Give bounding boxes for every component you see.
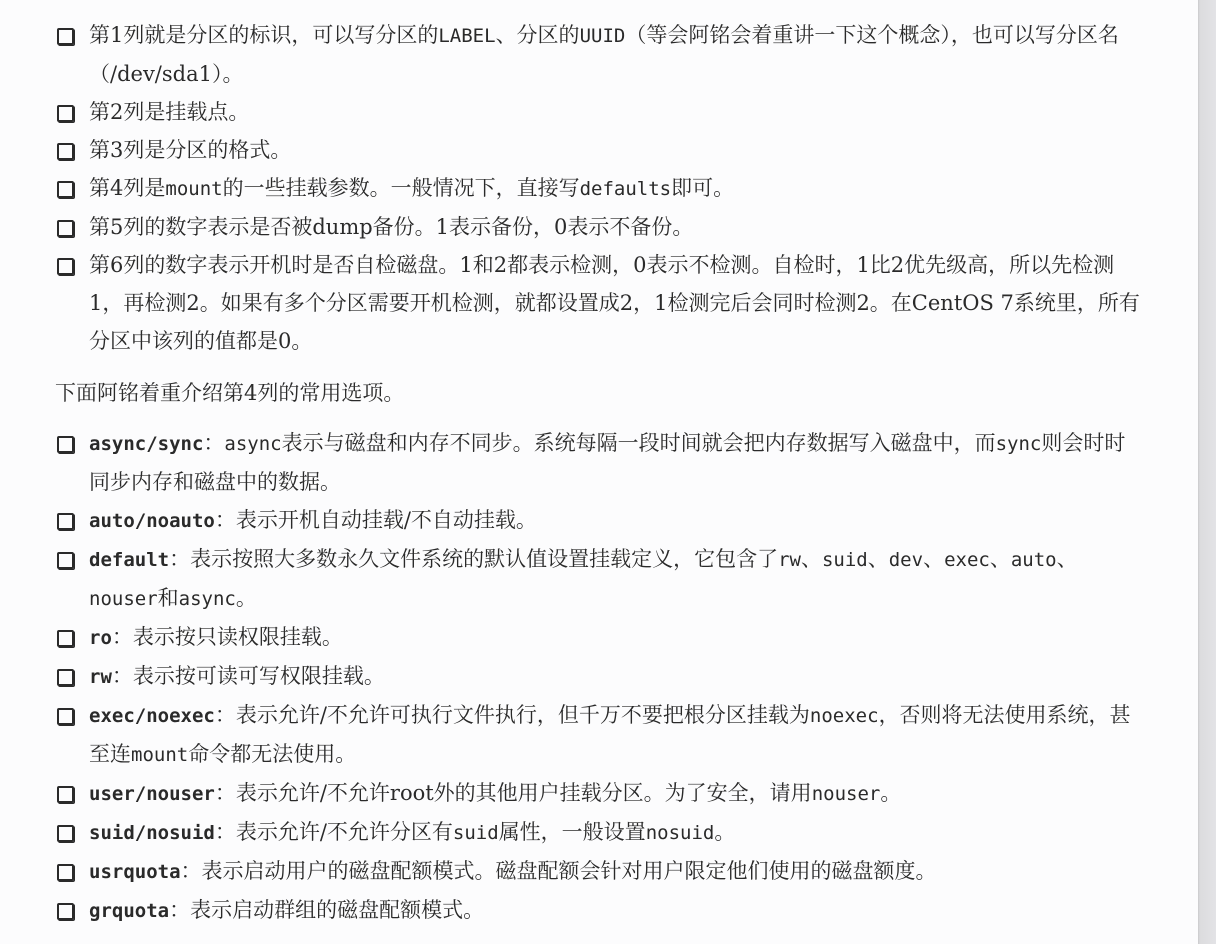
checkbox-bullet-icon <box>57 669 74 686</box>
option-key: ro <box>89 627 112 649</box>
option-separator: ： <box>215 781 236 805</box>
checkbox-bullet-icon <box>57 105 74 122</box>
body-text: 命令都无法使用。 <box>188 742 356 766</box>
body-text: 第4列是 <box>89 176 165 200</box>
checkbox-bullet-icon <box>57 630 74 647</box>
intro-paragraph: 下面阿铭着重介绍第4列的常用选项。 <box>55 374 1145 412</box>
body-text: 表示按只读权限挂载。 <box>133 625 343 649</box>
body-text: 表示启动用户的磁盘配额模式。磁盘配额会针对用户限定他们使用的磁盘额度。 <box>202 859 937 883</box>
option-separator: ： <box>112 625 133 649</box>
body-text: 第3列是分区的格式。 <box>89 138 291 162</box>
option-item: rw：表示按可读可写权限挂载。 <box>55 657 1145 696</box>
body-text: 表示允许/不允许分区有 <box>236 820 453 844</box>
code-text: mount <box>131 744 188 766</box>
code-text: defaults <box>580 178 672 200</box>
list-item: 第6列的数字表示开机时是否自检磁盘。1和2都表示检测，0表示不检测。自检时，1比… <box>55 246 1145 360</box>
body-text: 表示允许/不允许可执行文件执行，但千万不要把根分区挂载为 <box>236 703 810 727</box>
checkbox-bullet-icon <box>57 903 74 920</box>
option-key: grquota <box>89 900 169 922</box>
body-text: 。 <box>714 820 735 844</box>
option-separator: ： <box>203 431 224 455</box>
code-text: exec <box>944 549 990 571</box>
code-text: async <box>179 588 236 610</box>
option-item: exec/noexec：表示允许/不允许可执行文件执行，但千万不要把根分区挂载为… <box>55 696 1145 774</box>
checkbox-bullet-icon <box>57 436 74 453</box>
body-text: 第2列是挂载点。 <box>89 100 249 124</box>
body-text: 。 <box>236 586 257 610</box>
code-text: auto <box>1011 549 1057 571</box>
code-text: nosuid <box>646 822 715 844</box>
body-text: 属性，一般设置 <box>499 820 646 844</box>
code-text: nouser <box>89 588 158 610</box>
checkbox-bullet-icon <box>57 552 74 569</box>
body-text: 表示按可读可写权限挂载。 <box>133 664 385 688</box>
checkbox-bullet-icon <box>57 708 74 725</box>
page-edge-scrollbar[interactable] <box>1198 0 1216 944</box>
option-item: grquota：表示启动群组的磁盘配额模式。 <box>55 891 1145 930</box>
document-page: 第1列就是分区的标识，可以写分区的LABEL、分区的UUID（等会阿铭会着重讲一… <box>0 0 1198 944</box>
checkbox-bullet-icon <box>57 513 74 530</box>
option-key: usrquota <box>89 861 181 883</box>
list-item: 第5列的数字表示是否被dump备份。1表示备份，0表示不备份。 <box>55 208 1145 246</box>
body-text: 表示开机自动挂载/不自动挂载。 <box>236 508 537 532</box>
code-text: async <box>224 433 281 455</box>
option-key: auto/noauto <box>89 510 215 532</box>
checkbox-bullet-icon <box>57 825 74 842</box>
checkbox-bullet-icon <box>57 258 74 275</box>
option-separator: ： <box>215 703 236 727</box>
option-item: usrquota：表示启动用户的磁盘配额模式。磁盘配额会针对用户限定他们使用的磁… <box>55 852 1145 891</box>
body-text: 、 <box>923 547 944 571</box>
code-text: mount <box>165 178 222 200</box>
code-text: LABEL <box>438 25 495 47</box>
code-text: dev <box>889 549 923 571</box>
option-key: user/nouser <box>89 783 215 805</box>
code-text: sync <box>996 433 1042 455</box>
checkbox-bullet-icon <box>57 28 74 45</box>
checkbox-bullet-icon <box>57 864 74 881</box>
option-key: default <box>89 549 169 571</box>
body-text: 第6列的数字表示开机时是否自检磁盘。1和2都表示检测，0表示不检测。自检时，1比… <box>89 253 1140 353</box>
option-key: suid/nosuid <box>89 822 215 844</box>
code-text: suid <box>453 822 499 844</box>
list-item: 第3列是分区的格式。 <box>55 131 1145 169</box>
code-text: noexec <box>810 705 879 727</box>
option-item: default：表示按照大多数永久文件系统的默认值设置挂载定义，它包含了rw、s… <box>55 540 1145 618</box>
list-item: 第1列就是分区的标识，可以写分区的LABEL、分区的UUID（等会阿铭会着重讲一… <box>55 16 1145 93</box>
body-text: 表示启动群组的磁盘配额模式。 <box>190 898 484 922</box>
option-key: async/sync <box>89 433 203 455</box>
body-text: 第1列就是分区的标识，可以写分区的 <box>89 23 438 47</box>
body-text: 即可。 <box>671 176 734 200</box>
body-text: 。 <box>880 781 901 805</box>
option-item: auto/noauto：表示开机自动挂载/不自动挂载。 <box>55 501 1145 540</box>
option-item: ro：表示按只读权限挂载。 <box>55 618 1145 657</box>
code-text: rw <box>778 549 801 571</box>
option-separator: ： <box>215 508 236 532</box>
code-text: UUID <box>580 25 626 47</box>
fstab-columns-list: 第1列就是分区的标识，可以写分区的LABEL、分区的UUID（等会阿铭会着重讲一… <box>55 16 1145 360</box>
option-separator: ： <box>112 664 133 688</box>
page-content: 第1列就是分区的标识，可以写分区的LABEL、分区的UUID（等会阿铭会着重讲一… <box>55 16 1145 930</box>
list-item: 第2列是挂载点。 <box>55 93 1145 131</box>
option-item: suid/nosuid：表示允许/不允许分区有suid属性，一般设置nosuid… <box>55 813 1145 852</box>
mount-options-list: async/sync：async表示与磁盘和内存不同步。系统每隔一段时间就会把内… <box>55 424 1145 930</box>
code-text: nouser <box>812 783 881 805</box>
body-text: 、 <box>990 547 1011 571</box>
option-key: rw <box>89 666 112 688</box>
body-text: 表示允许/不允许root外的其他用户挂载分区。为了安全，请用 <box>236 781 812 805</box>
option-separator: ： <box>181 859 202 883</box>
body-text: 和 <box>158 586 179 610</box>
body-text: 、 <box>801 547 822 571</box>
body-text: 表示与磁盘和内存不同步。系统每隔一段时间就会把内存数据写入磁盘中，而 <box>282 431 996 455</box>
checkbox-bullet-icon <box>57 181 74 198</box>
body-text: 表示按照大多数永久文件系统的默认值设置挂载定义，它包含了 <box>190 547 778 571</box>
option-key: exec/noexec <box>89 705 215 727</box>
option-separator: ： <box>169 547 190 571</box>
list-item: 第4列是mount的一些挂载参数。一般情况下，直接写defaults即可。 <box>55 169 1145 208</box>
checkbox-bullet-icon <box>57 143 74 160</box>
code-text: suid <box>822 549 868 571</box>
body-text: 、 <box>1057 547 1078 571</box>
option-item: async/sync：async表示与磁盘和内存不同步。系统每隔一段时间就会把内… <box>55 424 1145 501</box>
checkbox-bullet-icon <box>57 786 74 803</box>
option-separator: ： <box>215 820 236 844</box>
body-text: 的一些挂载参数。一般情况下，直接写 <box>223 176 580 200</box>
option-separator: ： <box>169 898 190 922</box>
body-text: 第5列的数字表示是否被dump备份。1表示备份，0表示不备份。 <box>89 215 693 239</box>
body-text: 、分区的 <box>496 23 580 47</box>
checkbox-bullet-icon <box>57 220 74 237</box>
option-item: user/nouser：表示允许/不允许root外的其他用户挂载分区。为了安全，… <box>55 774 1145 813</box>
body-text: 、 <box>868 547 889 571</box>
